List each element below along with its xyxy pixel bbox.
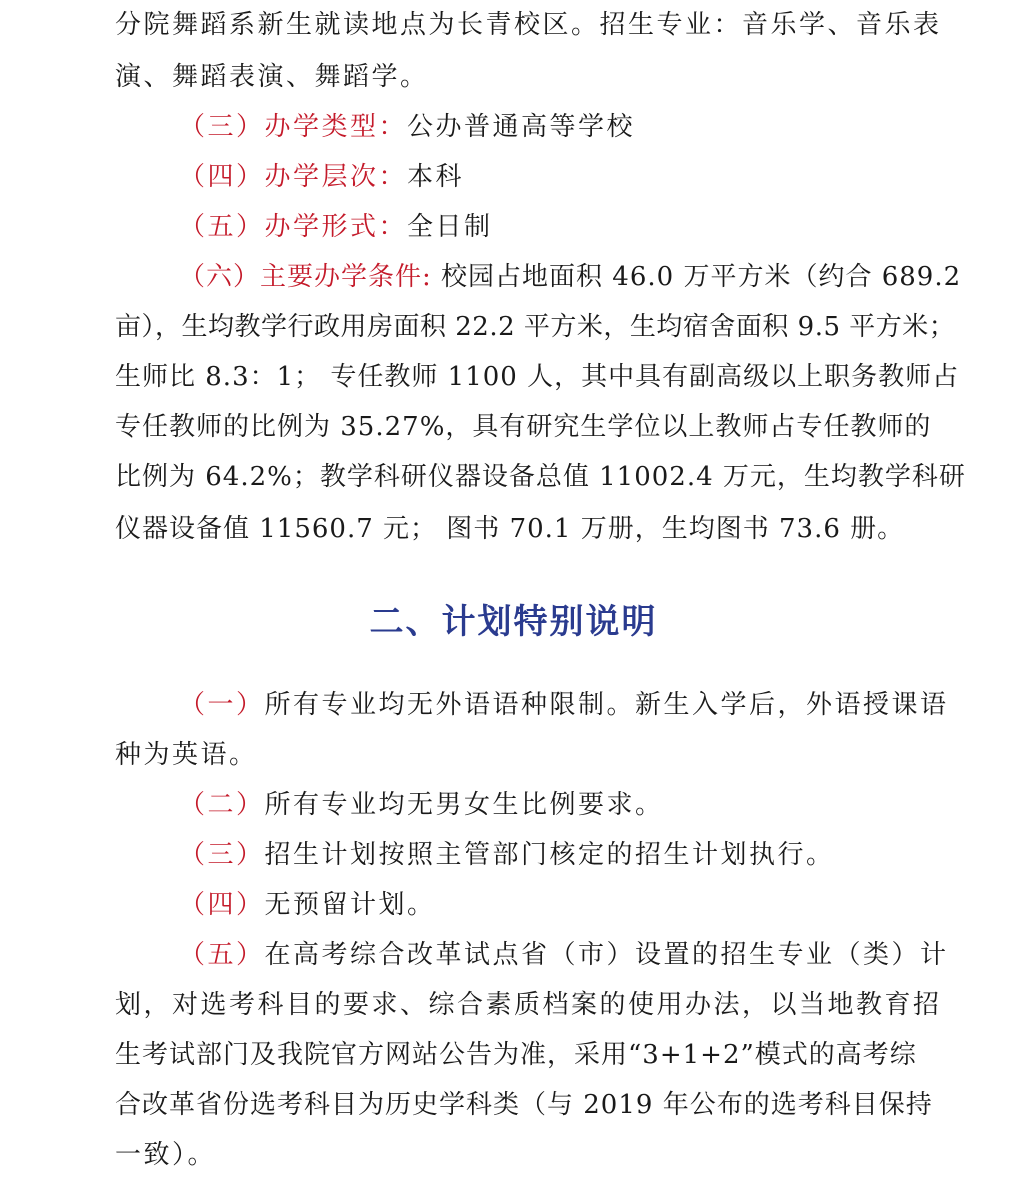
body-line: 亩），生均教学行政用房面积 22.2 平方米，生均宿舍面积 9.5 平方米； bbox=[115, 310, 912, 344]
item-value: 全日制 bbox=[407, 212, 493, 242]
body-line: 生师比 8.3：1； 专任教师 1100 人，其中具有副高级以上职务教师占 bbox=[115, 360, 912, 394]
item-text: 所有专业均无外语语种限制。新生入学后，外语授课语 bbox=[265, 690, 949, 720]
item-text: 招生计划按照主管部门核定的招生计划执行。 bbox=[265, 840, 835, 870]
item-label: （六）主要办学条件: bbox=[179, 262, 432, 292]
item-label: （一） bbox=[179, 690, 265, 720]
note-item-3: （三）招生计划按照主管部门核定的招生计划执行。 bbox=[179, 838, 912, 872]
note-item-1: （一）所有专业均无外语语种限制。新生入学后，外语授课语 bbox=[179, 688, 912, 722]
item-text: 所有专业均无男女生比例要求。 bbox=[265, 790, 664, 820]
body-line: 生考试部门及我院官方网站公告为准，采用“3+1+2”模式的高考综 bbox=[115, 1038, 912, 1072]
item-label: （四） bbox=[179, 890, 265, 920]
item-value: 校园占地面积 46.0 万平方米（约合 689.2 bbox=[432, 262, 961, 292]
section-heading: 二、计划特别说明 bbox=[115, 600, 912, 644]
item-label: （三） bbox=[179, 840, 265, 870]
item-value: 公办普通高等学校 bbox=[407, 112, 635, 142]
item-conditions: （六）主要办学条件: 校园占地面积 46.0 万平方米（约合 689.2 bbox=[179, 260, 912, 294]
body-line: 专任教师的比例为 35.27%，具有研究生学位以上教师占专任教师的 bbox=[115, 410, 912, 444]
item-label: （二） bbox=[179, 790, 265, 820]
body-line: 划，对选考科目的要求、综合素质档案的使用办法，以当地教育招 bbox=[115, 988, 912, 1022]
body-line: 合改革省份选考科目为历史学科类（与 2019 年公布的选考科目保持 bbox=[115, 1088, 912, 1122]
body-line: 一致）。 bbox=[115, 1138, 912, 1172]
note-item-4: （四）无预留计划。 bbox=[179, 888, 912, 922]
item-label: （四）办学层次： bbox=[179, 162, 407, 192]
note-item-5: （五）在高考综合改革试点省（市）设置的招生专业（类）计 bbox=[179, 938, 912, 972]
body-line: 演、舞蹈表演、舞蹈学。 bbox=[115, 60, 912, 94]
item-text: 在高考综合改革试点省（市）设置的招生专业（类）计 bbox=[265, 940, 949, 970]
body-line: 比例为 64.2%；教学科研仪器设备总值 11002.4 万元，生均教学科研 bbox=[115, 460, 912, 494]
note-item-2: （二）所有专业均无男女生比例要求。 bbox=[179, 788, 912, 822]
item-value: 本科 bbox=[407, 162, 464, 192]
item-label: （五） bbox=[179, 940, 265, 970]
body-line: 种为英语。 bbox=[115, 738, 912, 772]
item-text: 无预留计划。 bbox=[265, 890, 436, 920]
item-label: （三）办学类型： bbox=[179, 112, 407, 142]
item-label: （五）办学形式： bbox=[179, 212, 407, 242]
body-line: 分院舞蹈系新生就读地点为长青校区。招生专业：音乐学、音乐表 bbox=[115, 8, 912, 42]
item-school-level: （四）办学层次：本科 bbox=[179, 160, 912, 194]
item-school-form: （五）办学形式：全日制 bbox=[179, 210, 912, 244]
item-school-type: （三）办学类型：公办普通高等学校 bbox=[179, 110, 912, 144]
body-line: 仪器设备值 11560.7 元； 图书 70.1 万册，生均图书 73.6 册。 bbox=[115, 512, 912, 546]
